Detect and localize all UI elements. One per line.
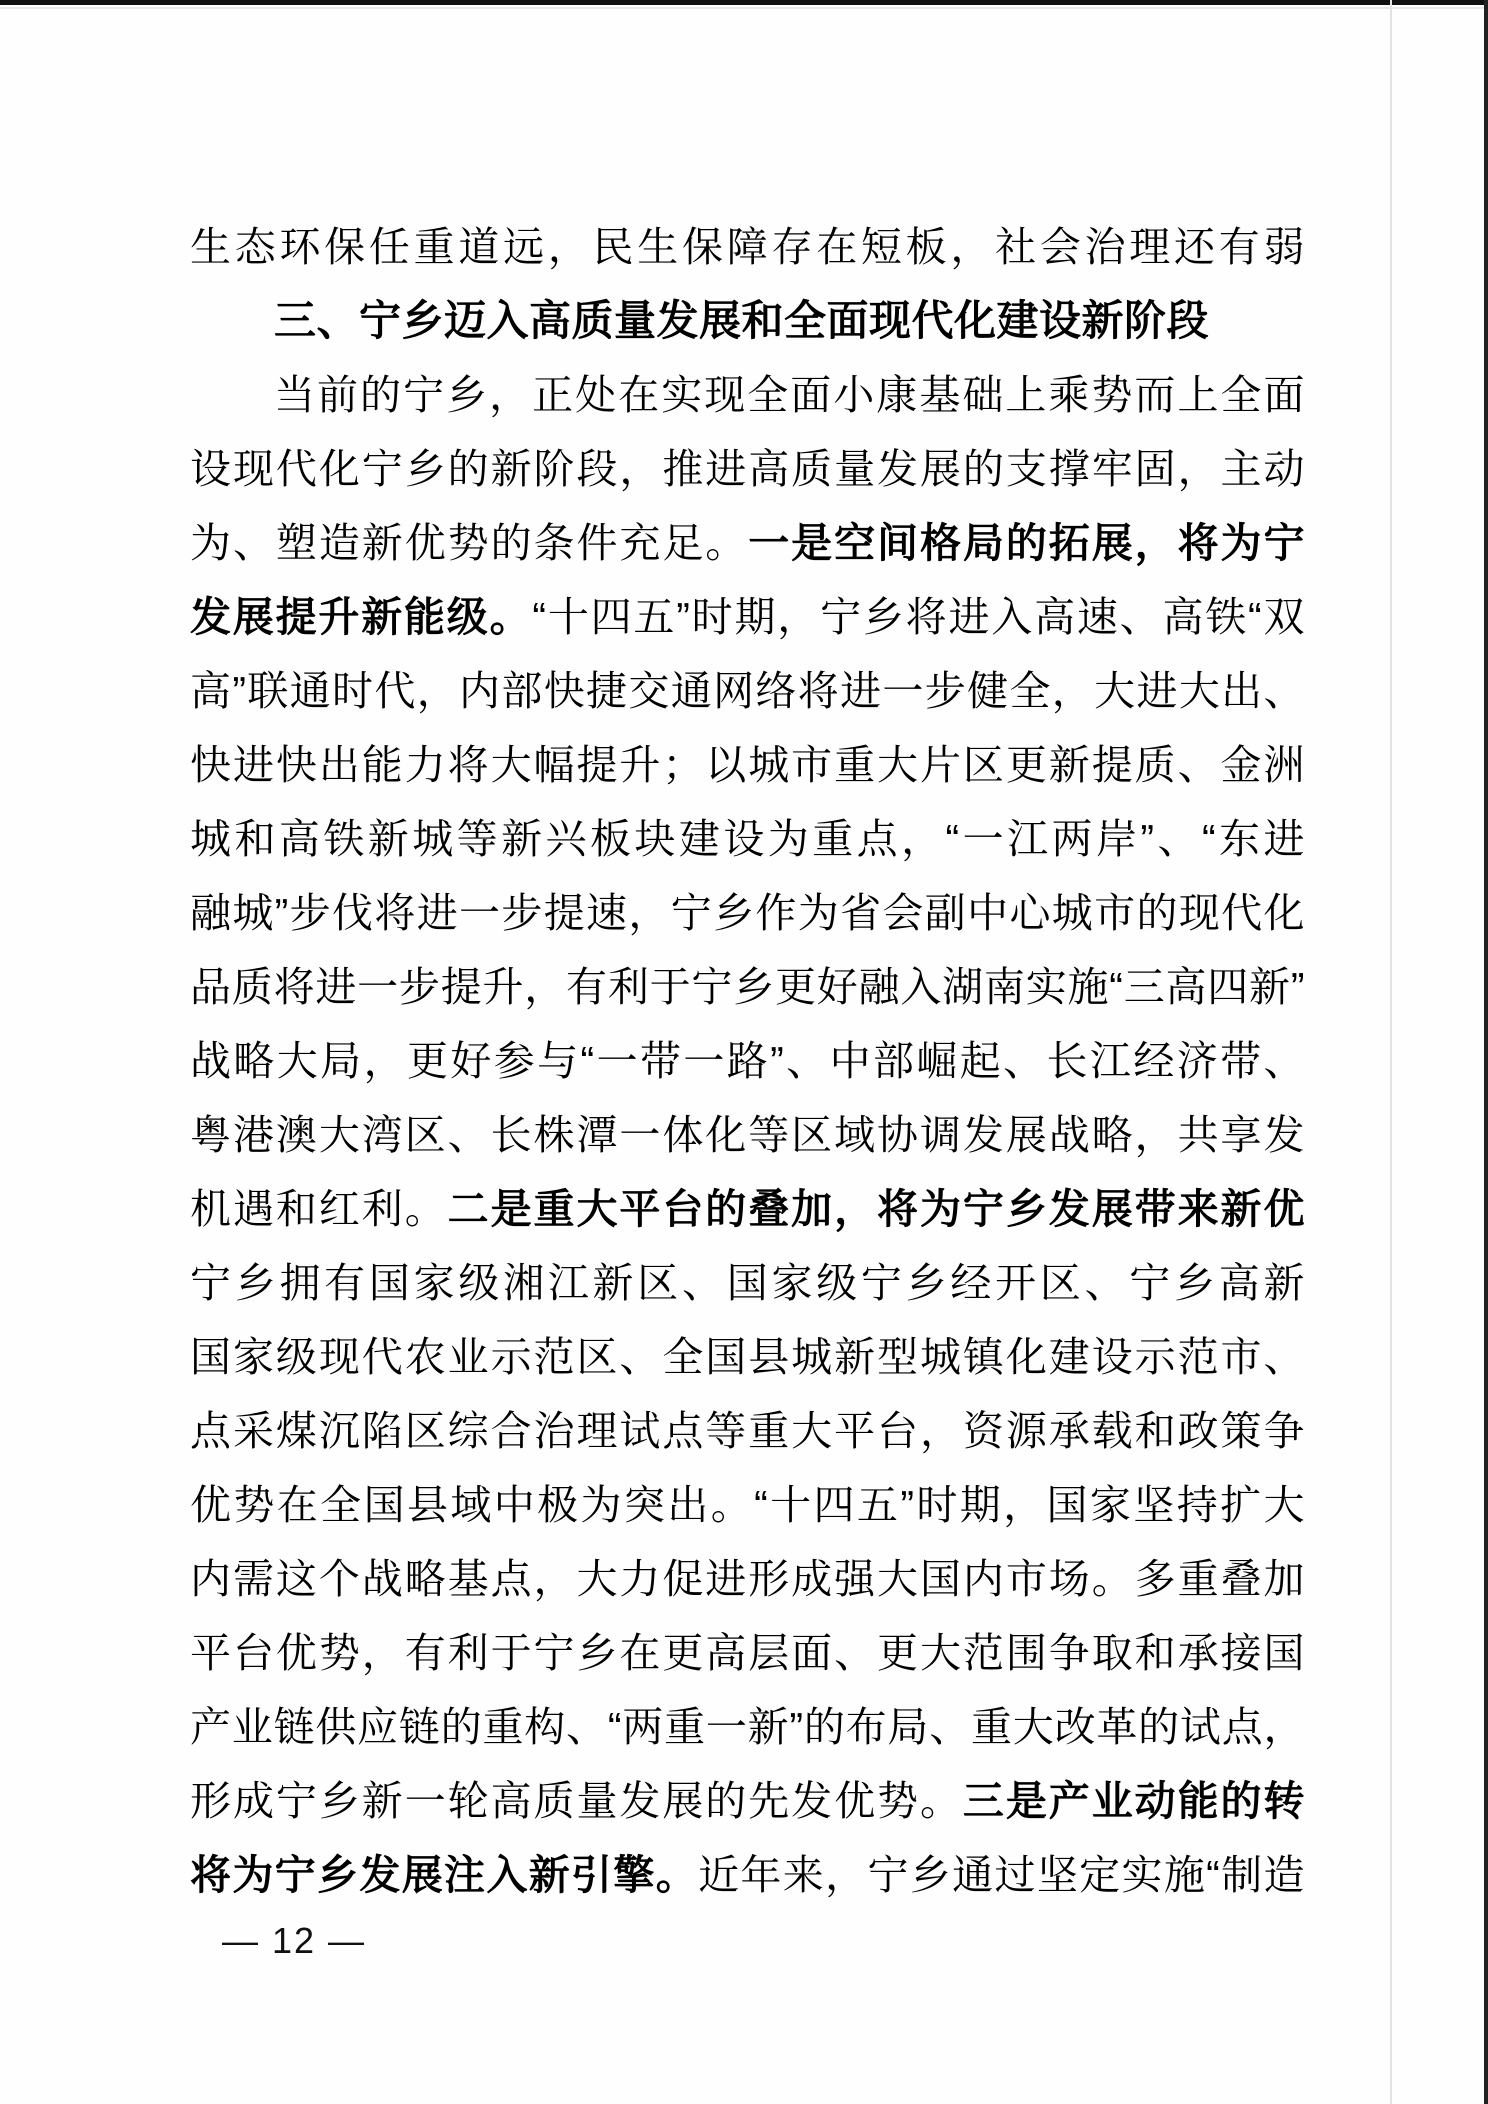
text-line: 融城”步伐将进一步提速，宁乡作为省会副中心城市的现代化	[190, 876, 1305, 950]
text-line: 形成宁乡新一轮高质量发展的先发优势。三是产业动能的转换，	[190, 1764, 1305, 1838]
text-segment: 高”联通时代，内部快捷交通网络将进一步健全，大进大出、	[190, 668, 1305, 714]
text-line: 城和高铁新城等新兴板块建设为重点，“一江两岸”、“东进	[190, 802, 1305, 876]
text-segment: 平台优势，有利于宁乡在更高层面、更大范围争取和承接国家	[190, 1630, 1305, 1690]
text-segment: 宁乡拥有国家级湘江新区、国家级宁乡经开区、宁乡高新区、	[190, 1260, 1305, 1320]
text-segment: 生态环保任重道远，民生保障存在短板，社会治理还有弱项。	[190, 224, 1305, 284]
bold-text-segment: 将为宁乡发展注入新引擎。	[190, 1852, 698, 1898]
text-segment: 内需这个战略基点，大力促进形成强大国内市场。多重叠加的	[190, 1556, 1305, 1616]
text-segment: 国家级现代农业示范区、全国县城新型城镇化建设示范市、重	[190, 1334, 1305, 1394]
text-line: 高”联通时代，内部快捷交通网络将进一步健全，大进大出、	[190, 654, 1305, 728]
section-heading: 三、宁乡迈入高质量发展和全面现代化建设新阶段	[190, 284, 1305, 358]
text-line: 为、塑造新优势的条件充足。一是空间格局的拓展，将为宁乡	[190, 506, 1305, 580]
text-line: 机遇和红利。二是重大平台的叠加，将为宁乡发展带来新优势。	[190, 1172, 1305, 1246]
text-line: 产业链供应链的重构、“两重一新”的布局、重大改革的试点，	[190, 1690, 1305, 1764]
text-segment: 快进快出能力将大幅提升；以城市重大片区更新提质、金洲新	[190, 742, 1305, 802]
text-segment: 机遇和红利。	[190, 1186, 448, 1232]
text-line: 宁乡拥有国家级湘江新区、国家级宁乡经开区、宁乡高新区、	[190, 1246, 1305, 1320]
text-line: 战略大局，更好参与“一带一路”、中部崛起、长江经济带、	[190, 1024, 1305, 1098]
text-segment: 设现代化宁乡的新阶段，推进高质量发展的支撑牢固，主动作	[190, 446, 1305, 506]
text-segment: 战略大局，更好参与“一带一路”、中部崛起、长江经济带、	[190, 1038, 1305, 1084]
text-segment: 品质将进一步提升，有利于宁乡更好融入湖南实施“三高四新”	[190, 964, 1305, 1010]
scan-top-faint-line	[0, 7, 1488, 9]
document-page: 生态环保任重道远，民生保障存在短板，社会治理还有弱项。三、宁乡迈入高质量发展和全…	[0, 0, 1488, 2104]
text-line: 生态环保任重道远，民生保障存在短板，社会治理还有弱项。	[190, 210, 1305, 284]
text-segment: 形成宁乡新一轮高质量发展的先发优势。	[190, 1778, 963, 1824]
text-segment: 当前的宁乡，正处在实现全面小康基础上乘势而上全面建	[190, 372, 1305, 432]
text-line: 平台优势，有利于宁乡在更高层面、更大范围争取和承接国家	[190, 1616, 1305, 1690]
text-line: 粤港澳大湾区、长株潭一体化等区域协调发展战略，共享发展	[190, 1098, 1305, 1172]
text-segment: 产业链供应链的重构、“两重一新”的布局、重大改革的试点，	[190, 1704, 1305, 1750]
bold-text-segment: 发展提升新能级。	[190, 594, 532, 640]
document-content: 生态环保任重道远，民生保障存在短板，社会治理还有弱项。三、宁乡迈入高质量发展和全…	[190, 210, 1305, 1912]
text-segment: 粤港澳大湾区、长株潭一体化等区域协调发展战略，共享发展	[190, 1112, 1305, 1172]
text-line: 快进快出能力将大幅提升；以城市重大片区更新提质、金洲新	[190, 728, 1305, 802]
text-segment: 为、塑造新优势的条件充足。	[190, 520, 748, 566]
scan-top-edge	[0, 0, 1488, 5]
text-line: 发展提升新能级。“十四五”时期，宁乡将进入高速、高铁“双	[190, 580, 1305, 654]
bold-text-segment: 三、宁乡迈入高质量发展和全面现代化建设新阶段	[274, 297, 1209, 344]
text-line: 设现代化宁乡的新阶段，推进高质量发展的支撑牢固，主动作	[190, 432, 1305, 506]
text-line: 内需这个战略基点，大力促进形成强大国内市场。多重叠加的	[190, 1542, 1305, 1616]
scan-right-faint-line	[1390, 0, 1392, 2104]
text-line: 优势在全国县域中极为突出。“十四五”时期，国家坚持扩大	[190, 1468, 1305, 1542]
text-line: 当前的宁乡，正处在实现全面小康基础上乘势而上全面建	[190, 358, 1305, 432]
text-line: 品质将进一步提升，有利于宁乡更好融入湖南实施“三高四新”	[190, 950, 1305, 1024]
text-segment: “十四五”时期，宁乡将进入高速、高铁“双	[532, 594, 1305, 640]
text-segment: 优势在全国县域中极为突出。“十四五”时期，国家坚持扩大	[190, 1482, 1305, 1528]
scan-right-edge	[1484, 0, 1488, 2104]
text-segment: 点采煤沉陷区综合治理试点等重大平台，资源承载和政策争取	[190, 1408, 1305, 1468]
text-line: 将为宁乡发展注入新引擎。近年来，宁乡通过坚定实施“制造	[190, 1838, 1305, 1912]
text-segment: 融城”步伐将进一步提速，宁乡作为省会副中心城市的现代化	[190, 890, 1305, 936]
page-number: — 12 —	[222, 1911, 366, 1971]
text-segment: 城和高铁新城等新兴板块建设为重点，“一江两岸”、“东进	[190, 816, 1305, 862]
text-line: 国家级现代农业示范区、全国县城新型城镇化建设示范市、重	[190, 1320, 1305, 1394]
text-line: 点采煤沉陷区综合治理试点等重大平台，资源承载和政策争取	[190, 1394, 1305, 1468]
text-segment: 近年来，宁乡通过坚定实施“制造	[698, 1852, 1305, 1898]
